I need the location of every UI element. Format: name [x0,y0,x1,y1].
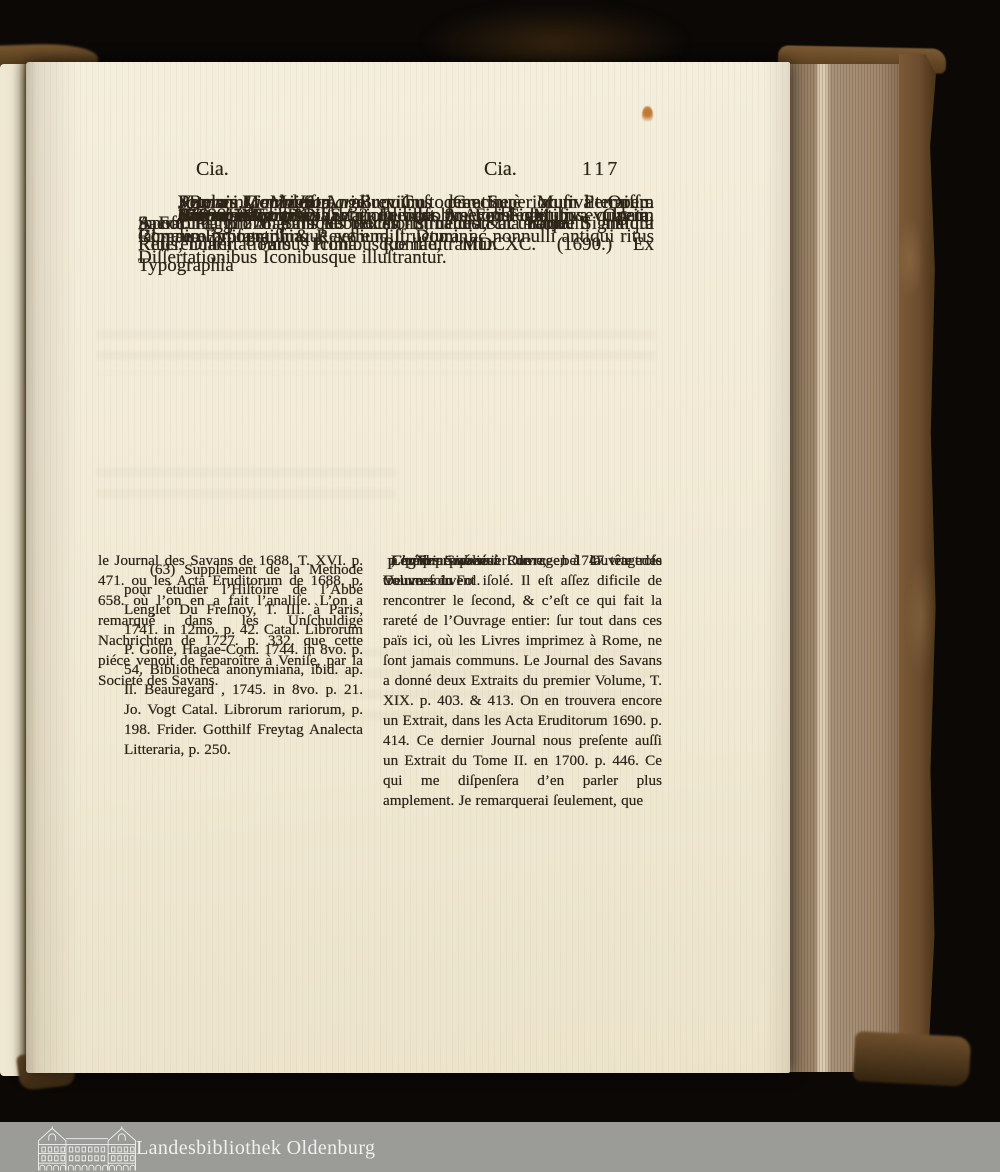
book-cover-right-edge [899,54,936,1078]
book-cover-bottom-right-corner [853,1031,971,1087]
footnote-column-left: le Journal des Savans de 1688. T. XVI. p… [98,551,363,560]
book-scan-viewport: Cia. Cia. 117 Vetera Monimenta, in quibu… [0,0,1000,1172]
book-page: Cia. Cia. 117 Vetera Monimenta, in quibu… [26,62,790,1073]
running-title-center: Cia. [484,158,517,181]
book-fore-edge-pages [789,64,905,1072]
book-top-shadow [420,4,690,70]
bleedthrough-texture [96,330,656,374]
main-text-block: Vetera Monimenta, in quibus praecipuè Mu… [98,192,654,226]
library-name: Landesbibliothek Oldenburg [136,1122,375,1172]
page-number: 117 [582,158,620,181]
page-stain [642,106,653,124]
library-footer-bar: Landesbibliothek Oldenburg [0,1122,1000,1172]
library-building-logo [36,1125,138,1171]
bleedthrough-texture [96,468,396,504]
running-title-left: Cia. [196,158,229,181]
footnote-column-right: Le Tome premier de ce bel Ouvrage ſe tro… [375,551,662,574]
previous-page-edge [0,64,27,1076]
running-head: Cia. Cia. 117 [26,158,790,184]
